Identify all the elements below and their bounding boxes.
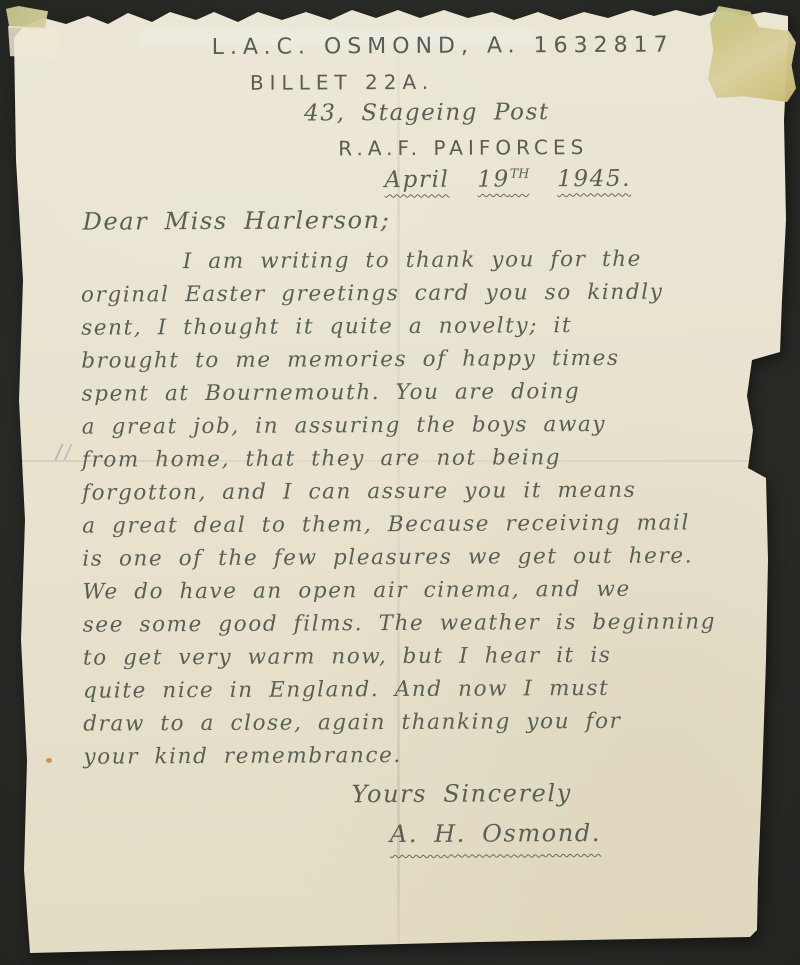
letter-line: quite nice in England. And now I must — [83, 671, 717, 707]
date-day: 19TH — [477, 166, 529, 192]
letter-body: I am writing to thank you for the orgina… — [81, 242, 717, 773]
salutation: Dear Miss Harlerson; — [83, 206, 391, 236]
letter-paper: L.A.C. OSMOND, A. 1632817 BILLET 22A. 43… — [0, 0, 800, 965]
signature: A. H. Osmond. — [390, 819, 601, 848]
letter-paper-wrap: L.A.C. OSMOND, A. 1632817 BILLET 22A. 43… — [0, 0, 800, 965]
handwriting-layer: L.A.C. OSMOND, A. 1632817 BILLET 22A. 43… — [0, 0, 800, 965]
header-address-line: 43, Stageing Post — [304, 99, 550, 126]
letter-line: draw to a close, again thanking you for — [83, 704, 717, 740]
letter-line: your kind remembrance. — [83, 737, 717, 773]
album-page: L.A.C. OSMOND, A. 1632817 BILLET 22A. 43… — [0, 0, 800, 965]
date-month: April — [384, 166, 449, 192]
header-unit-line: R.A.F. PAIFORCES — [338, 135, 588, 160]
tape-top-left-patch — [8, 26, 60, 58]
letter-line: is one of the few pleasures we get out h… — [82, 539, 716, 575]
letter-line: We do have an open air cinema, and we — [82, 572, 716, 608]
letter-line: see some good films. The weather is begi… — [83, 605, 717, 641]
closing-line: Yours Sincerely — [352, 779, 572, 808]
header-billet-line: BILLET 22A. — [250, 70, 434, 95]
letter-line: to get very warm now, but I hear it is — [83, 638, 717, 674]
letter-line: a great deal to them, Because receiving … — [82, 506, 716, 542]
letter-line: spent at Bournemouth. You are doing — [81, 374, 715, 410]
letter-line: forgotton, and I can assure you it means — [82, 473, 716, 509]
letter-line: a great job, in assuring the boys away — [82, 407, 716, 443]
header-service-number-line: L.A.C. OSMOND, A. 1632817 — [212, 33, 674, 60]
letter-line: brought to me memories of happy times — [81, 341, 715, 377]
letter-line: from home, that they are not being — [82, 440, 716, 476]
header-date-line: April 19TH 1945. — [384, 165, 643, 193]
letter-line: orginal Easter greetings card you so kin… — [81, 275, 715, 311]
date-day-suffix: TH — [510, 165, 530, 180]
date-year: 1945. — [557, 165, 631, 191]
letter-line: sent, I thought it quite a novelty; it — [81, 308, 715, 344]
letter-line: I am writing to thank you for the — [81, 242, 715, 278]
